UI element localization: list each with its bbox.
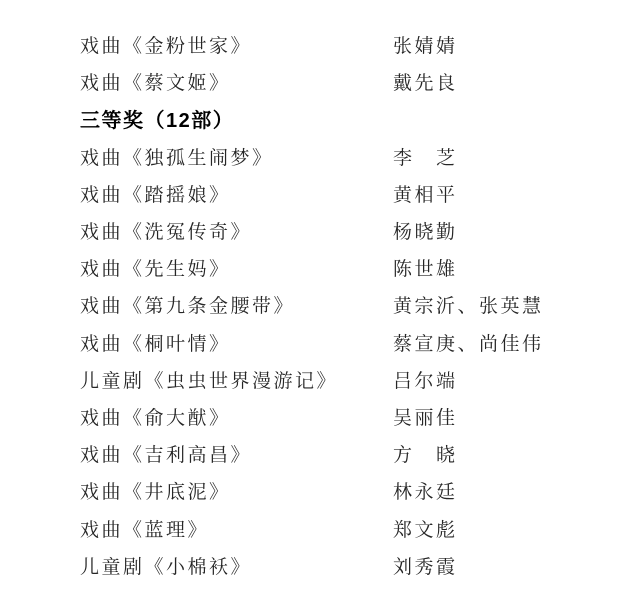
award-row: 戏曲《吉利高昌》 方 晓 — [80, 435, 640, 472]
award-row: 戏曲《洗冤传奇》 杨晓勤 — [80, 212, 640, 249]
author-name: 杨晓勤 — [393, 217, 640, 244]
award-row: 儿童剧《小棉袄》 刘秀霞 — [80, 547, 640, 584]
work-title: 戏曲《先生妈》 — [80, 254, 393, 281]
work-title: 戏曲《第九条金腰带》 — [80, 291, 393, 318]
award-row: 戏曲《踏摇娘》 黄相平 — [80, 175, 640, 212]
work-title: 儿童剧《小棉袄》 — [80, 552, 393, 579]
award-row: 戏曲《金粉世家》 张婧婧 — [80, 26, 640, 63]
award-row: 戏曲《井底泥》 林永廷 — [80, 472, 640, 509]
author-name: 蔡宣庚、尚佳伟 — [393, 329, 640, 356]
work-title: 戏曲《洗冤传奇》 — [80, 217, 393, 244]
award-row: 戏曲《独孤生闹梦》 李 芝 — [80, 138, 640, 175]
author-name: 方 晓 — [393, 440, 640, 467]
award-row: 戏曲《桐叶情》 蔡宣庚、尚佳伟 — [80, 324, 640, 361]
work-title: 戏曲《吉利高昌》 — [80, 440, 393, 467]
award-row: 儿童剧《虫虫世界漫游记》 吕尔端 — [80, 361, 640, 398]
work-title: 戏曲《井底泥》 — [80, 477, 393, 504]
award-row: 戏曲《蔡文姬》 戴先良 — [80, 63, 640, 100]
author-name: 黄相平 — [393, 180, 640, 207]
author-name: 李 芝 — [393, 143, 640, 170]
author-name: 吕尔端 — [393, 366, 640, 393]
author-name: 张婧婧 — [393, 31, 640, 58]
work-title: 戏曲《踏摇娘》 — [80, 180, 393, 207]
work-title: 戏曲《独孤生闹梦》 — [80, 143, 393, 170]
author-name: 郑文彪 — [393, 515, 640, 542]
award-row: 戏曲《先生妈》 陈世雄 — [80, 249, 640, 286]
work-title: 儿童剧《虫虫世界漫游记》 — [80, 366, 393, 393]
author-name: 林永廷 — [393, 477, 640, 504]
award-row: 戏曲《蓝理》 郑文彪 — [80, 509, 640, 546]
work-title: 戏曲《蔡文姬》 — [80, 68, 393, 95]
author-name: 黄宗沂、张英慧 — [393, 291, 640, 318]
work-title: 戏曲《蓝理》 — [80, 515, 393, 542]
award-list-document: 戏曲《金粉世家》 张婧婧 戏曲《蔡文姬》 戴先良 三等奖（12部） 戏曲《独孤生… — [0, 0, 640, 584]
work-title: 戏曲《桐叶情》 — [80, 329, 393, 356]
award-row: 戏曲《第九条金腰带》 黄宗沂、张英慧 — [80, 286, 640, 323]
author-name: 吴丽佳 — [393, 403, 640, 430]
author-name: 刘秀霞 — [393, 552, 640, 579]
work-title: 戏曲《俞大猷》 — [80, 403, 393, 430]
award-row: 戏曲《俞大猷》 吴丽佳 — [80, 398, 640, 435]
section-heading-third-prize: 三等奖（12部） — [80, 100, 640, 137]
author-name: 陈世雄 — [393, 254, 640, 281]
work-title: 戏曲《金粉世家》 — [80, 31, 393, 58]
author-name: 戴先良 — [393, 68, 640, 95]
